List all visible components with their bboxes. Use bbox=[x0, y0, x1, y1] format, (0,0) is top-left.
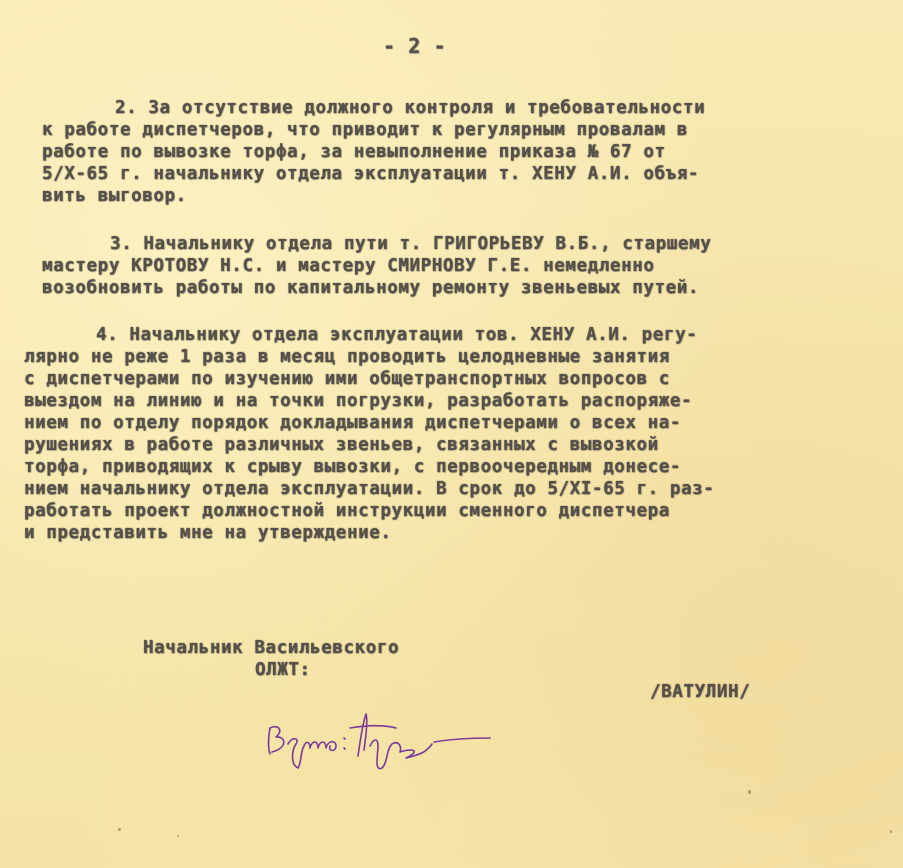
paragraph-line: 4. Начальнику отдела эксплуатации тов. Х… bbox=[96, 325, 697, 345]
paragraph-line: торфа, приводящих к срыву вывозки, с пер… bbox=[24, 457, 681, 477]
signatory-name: /ВАТУЛИН/ bbox=[650, 682, 750, 702]
signatory-organization: ОЛЖТ: bbox=[255, 660, 311, 680]
paragraph-line: нием начальнику отдела эксплуатации. В с… bbox=[24, 479, 714, 499]
paragraph-line: возобновить работы по капитальному ремон… bbox=[42, 278, 699, 298]
paper-speck bbox=[890, 830, 892, 833]
paper-speck bbox=[748, 790, 751, 794]
document-page: - 2 - 2. За отсутствие должного контроля… bbox=[0, 0, 903, 868]
signature-block: Начальник Васильевского ОЛЖТ: /ВАТУЛИН/ bbox=[0, 0, 45, 100]
paragraph-line: с диспетчерами по изучению ими общетранс… bbox=[24, 369, 670, 389]
paragraph-line: к работе диспетчеров, что приводит к рег… bbox=[42, 120, 688, 140]
paragraph-line: 3. Начальнику отдела пути т. ГРИГОРЬЕВУ … bbox=[110, 234, 711, 254]
paragraph-line: мастеру КРОТОВУ Н.С. и мастеру СМИРНОВУ … bbox=[42, 256, 654, 276]
page-number: - 2 - bbox=[383, 34, 446, 58]
signatory-title: Начальник Васильевского bbox=[143, 638, 399, 658]
paragraph-line: рушениях в работе различных звеньев, свя… bbox=[24, 435, 659, 455]
paper-speck bbox=[118, 828, 121, 831]
handwritten-certification-signature bbox=[262, 706, 502, 786]
paragraph-line: выездом на линию и на точки погрузки, ра… bbox=[24, 391, 692, 411]
paragraph-line: 2. За отсутствие должного контроля и тре… bbox=[115, 98, 705, 118]
paragraph-line: работать проект должностной инструкции с… bbox=[24, 501, 670, 521]
paragraph-line: работе по вывозке торфа, за невыполнение… bbox=[42, 142, 666, 162]
paragraph-line: лярно не реже 1 раза в месяц проводить ц… bbox=[24, 347, 670, 367]
paragraph-line: 5/X-65 г. начальнику отдела эксплуатации… bbox=[42, 164, 699, 184]
paragraph-line: вить выговор. bbox=[42, 186, 187, 206]
paper-speck bbox=[177, 835, 179, 837]
paragraph-line: нием по отделу порядок докладывания дисп… bbox=[24, 413, 681, 433]
paragraph-line: и представить мне на утверждение. bbox=[24, 523, 391, 543]
